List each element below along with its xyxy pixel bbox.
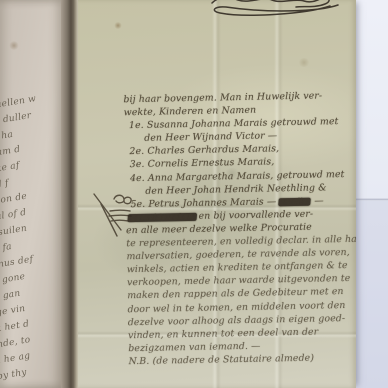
- signature-flourish-icon: [206, 0, 346, 25]
- manuscript-text-block: bij haar bovengem. Man in Huwelijk ver- …: [123, 89, 358, 368]
- left-page: a amuellen w he, te duller e van ha at h…: [0, 0, 64, 388]
- redaction-mark: in alle: [278, 197, 311, 206]
- document-photo: a amuellen w he, te duller e van ha at h…: [0, 0, 388, 388]
- left-page-stain: [9, 41, 19, 50]
- line-text: en bij voorvallende ver-: [198, 208, 313, 221]
- redaction-mark: gemelde zaken: [127, 213, 196, 222]
- line-text: —: [312, 195, 324, 206]
- foxing-stain: [298, 58, 310, 67]
- foxing-stain: [114, 22, 122, 29]
